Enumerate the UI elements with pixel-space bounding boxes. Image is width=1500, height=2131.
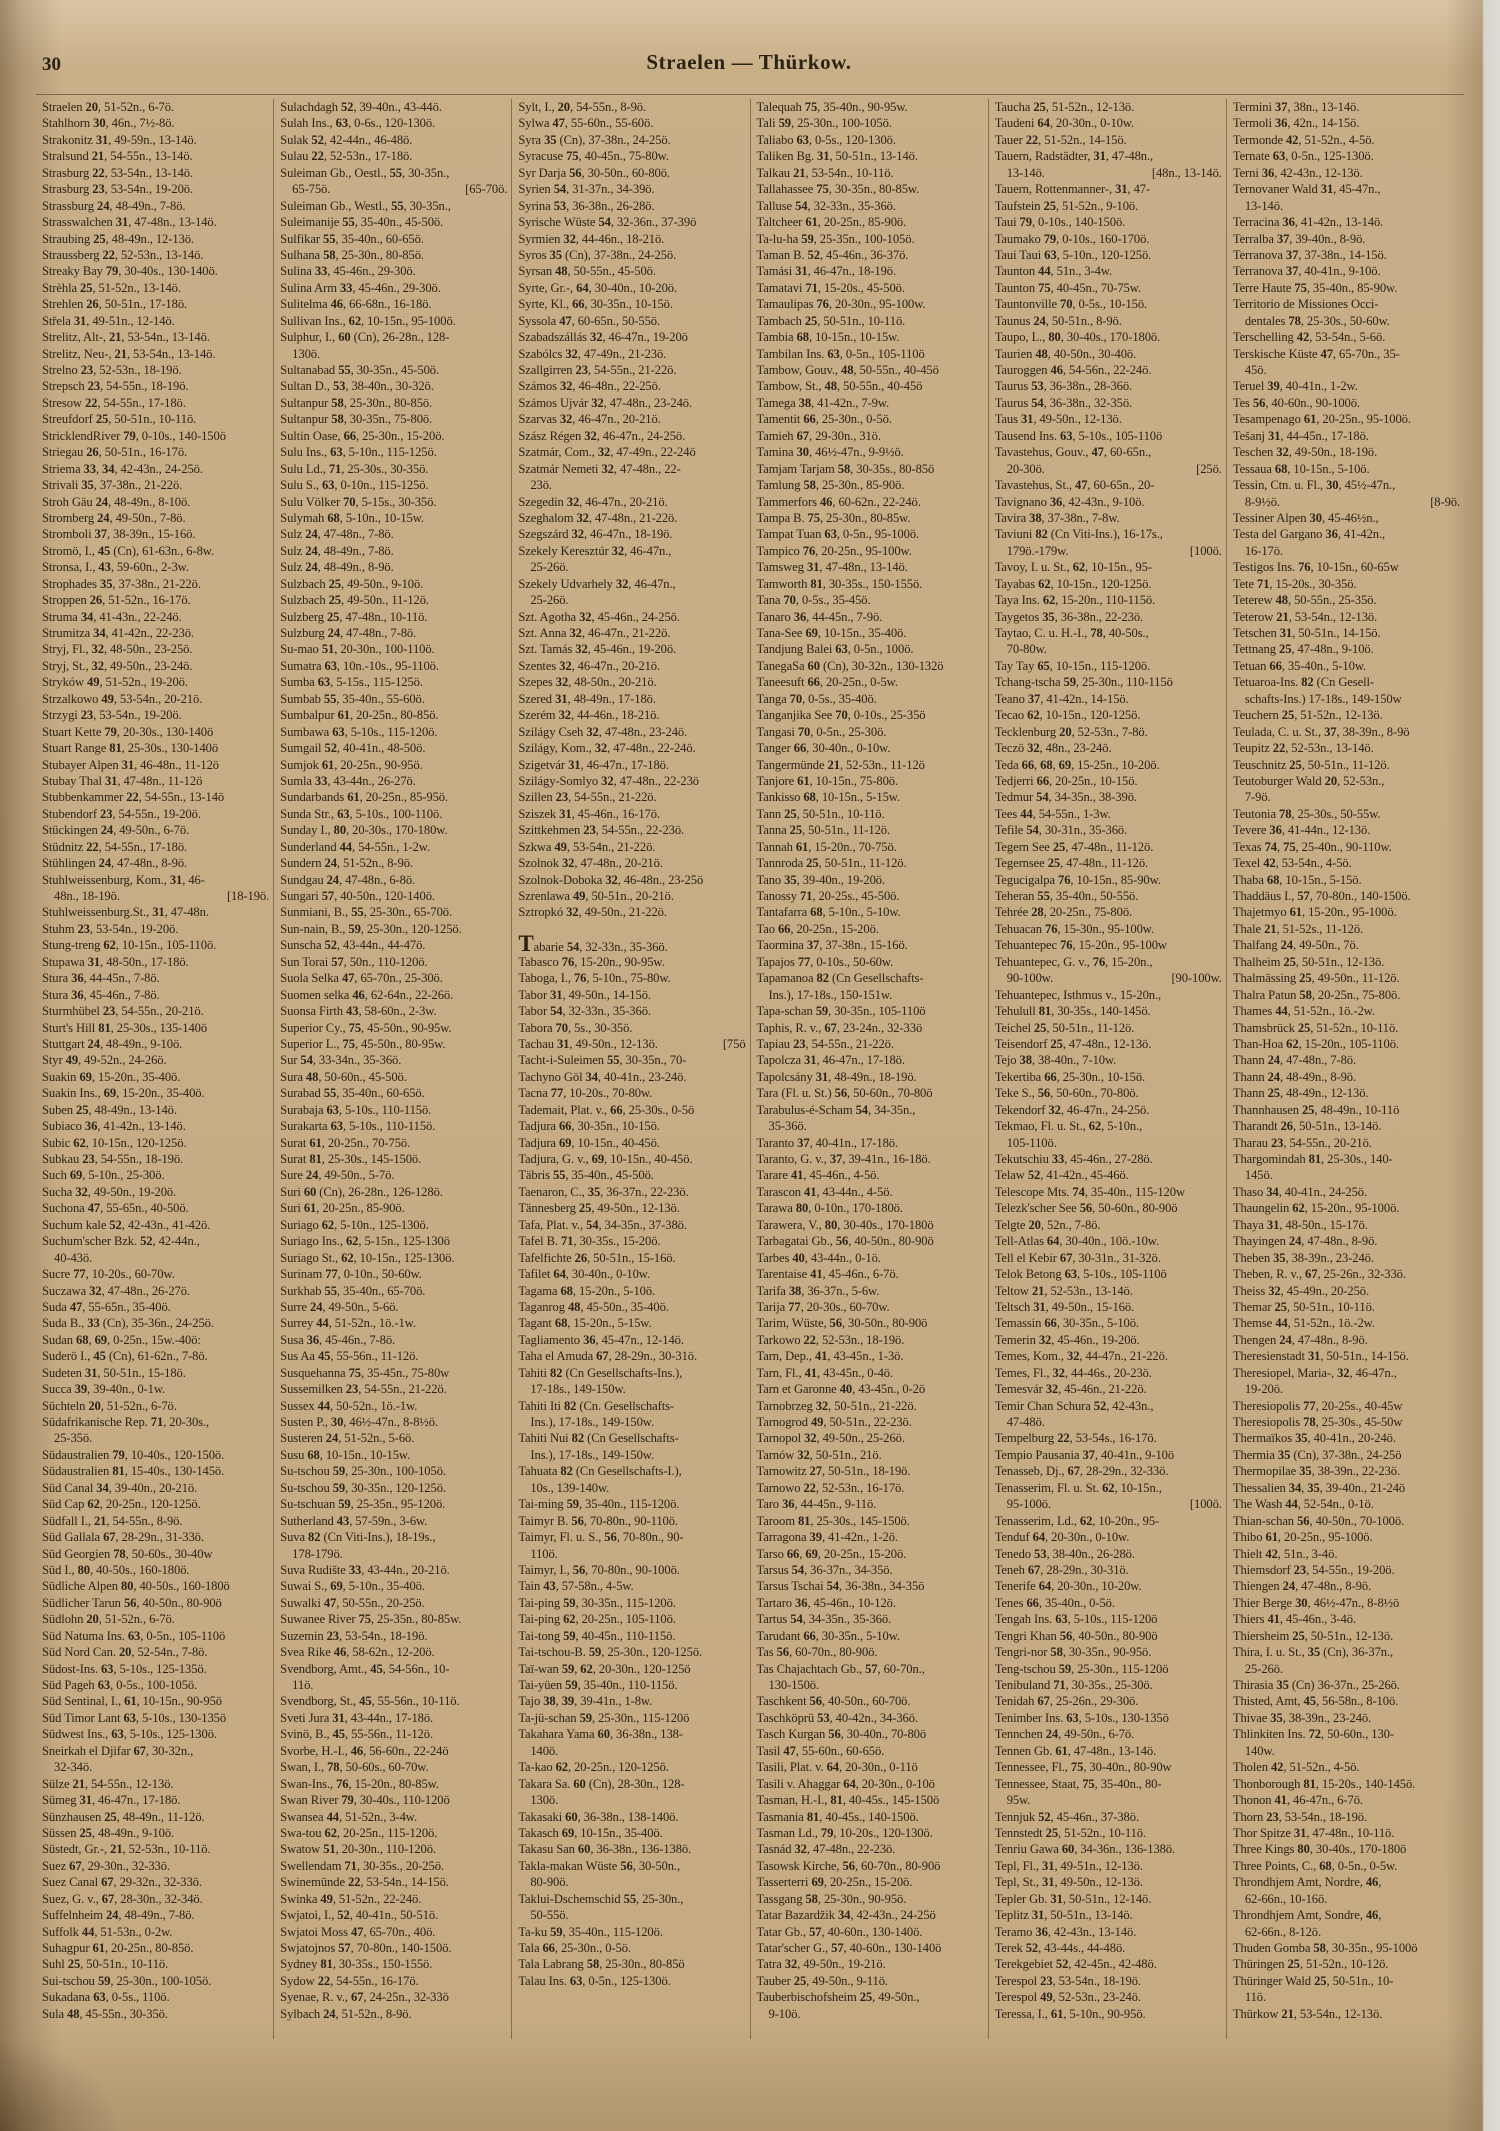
index-entry: Swan, I., 78, 50-60s., 60-70w. [280, 1759, 509, 1775]
index-entry: Stubayer Alpen 31, 46-48n., 11-12ö [42, 757, 271, 773]
index-entry: Thaddäus I., 57, 70-80n., 140-150ö. [1233, 888, 1462, 904]
index-entry: Takasaki 60, 36-38n., 138-140ö. [518, 1809, 747, 1825]
index-entry: Terekgebiet 52, 42-45n., 42-48ö. [995, 1956, 1224, 1972]
index-entry: Terek 52, 43-44s., 44-48ö. [995, 1940, 1224, 1956]
index-entry: Swansea 44, 51-52n., 3-4w. [280, 1809, 509, 1825]
index-entry: 8-9½ö. [8-9ö. [1233, 494, 1462, 510]
index-entry: Tampico 76, 20-25n., 95-100w. [757, 543, 986, 559]
index-entry: Taurus 53, 36-38n., 28-36ö. [995, 378, 1224, 394]
index-entry: 140w. [1233, 1743, 1462, 1759]
index-entry: Sulz 24, 48-49n., 7-8ö. [280, 543, 509, 559]
index-entry: Szt. Anna 32, 46-47n., 21-22ö. [518, 625, 747, 641]
index-entry: Sulu Völker 70, 5-15s., 30-35ö. [280, 494, 509, 510]
index-entry: 45ö. [1233, 362, 1462, 378]
index-entry: Suhagpur 61, 20-25n., 80-85ö. [42, 1940, 271, 1956]
index-entry: Tacht-i-Suleimen 55, 30-35n., 70- [518, 1052, 747, 1068]
index-entry: Teschen 32, 49-50n., 18-19ö. [1233, 444, 1462, 460]
index-entry: Sylbach 24, 51-52n., 8-9ö. [280, 2006, 509, 2022]
index-entry: Ta-ku 59, 35-40n., 115-120ö. [518, 1924, 747, 1940]
index-entry: Sungari 57, 40-50n., 120-140ö. [280, 888, 509, 904]
index-entry: Swjatoi, I., 52, 40-41n., 50-51ö. [280, 1907, 509, 1923]
index-entry: Sturmhübel 23, 54-55n., 20-21ö. [42, 1003, 271, 1019]
index-entry: Sulhana 58, 25-30n., 80-85ö. [280, 247, 509, 263]
index-entry: Suleiman Gb., Westl., 55, 30-35n., [280, 198, 509, 214]
index-entry: Strzalkowo 49, 53-54n., 20-21ö. [42, 691, 271, 707]
index-entry: Stückingen 24, 49-50n., 6-7ö. [42, 822, 271, 838]
index-entry: Südwest Ins., 63, 5-10s., 125-130ö. [42, 1726, 271, 1742]
index-entry: Thann 25, 48-49n., 12-13ö. [1233, 1085, 1462, 1101]
index-entry: Surabad 55, 35-40n., 60-65ö. [280, 1085, 509, 1101]
index-entry: Thirasia 35 (Cn) 36-37n., 25-26ö. [1233, 1677, 1462, 1693]
index-entry: Tessiner Alpen 30, 45-46½n., [1233, 510, 1462, 526]
index-entry: Szilágy Cseh 32, 47-48n., 23-24ö. [518, 724, 747, 740]
index-entry: Taranto, G. v., 37, 39-41n., 16-18ö. [757, 1151, 986, 1167]
index-entry: Taphis, R. v., 67, 23-24n., 32-33ö [757, 1020, 986, 1036]
index-entry: Sunderland 44, 54-55n., 1-2w. [280, 839, 509, 855]
index-entry: Tell el Kebir 67, 30-31n., 31-32ö. [995, 1250, 1224, 1266]
index-entry: Tala 66, 25-30n., 0-5ö. [518, 1940, 747, 1956]
index-entry: 179ö.-179w. [100ö. [995, 543, 1224, 559]
index-entry: Sulah Ins., 63, 0-6s., 120-130ö. [280, 115, 509, 131]
index-entry: Sus Aa 45, 55-56n., 11-12ö. [280, 1348, 509, 1364]
index-entry: Tenes 66, 35-40n., 0-5ö. [995, 1595, 1224, 1611]
index-entry: Tanossy 71, 20-25s., 45-50ö. [757, 888, 986, 904]
index-entry: 16-17ö. [1233, 543, 1462, 559]
index-entry: Strepsch 23, 54-55n., 18-19ö. [42, 378, 271, 394]
index-entry: 70-80w. [995, 641, 1224, 657]
index-entry: Tesampenago 61, 20-25n., 95-100ö. [1233, 411, 1462, 427]
index-entry: Tafel B. 71, 30-35s., 15-20ö. [518, 1233, 747, 1249]
index-columns: Straelen 20, 51-52n., 6-7ö.Stahlhorn 30,… [36, 94, 1464, 2039]
index-entry: Suleimanije 55, 35-40n., 45-50ö. [280, 214, 509, 230]
index-entry: Sulz 24, 47-48n., 7-8ö. [280, 526, 509, 542]
index-entry: Syrte, Kl., 66, 30-35n., 10-15ö. [518, 296, 747, 312]
index-entry: Sumbalpur 61, 20-25n., 80-85ö. [280, 707, 509, 723]
index-entry: Südliche Alpen 80, 40-50s., 160-180ö [42, 1578, 271, 1594]
index-entry: Teressa, I., 61, 5-10n., 90-95ö. [995, 2006, 1224, 2022]
index-entry: Taurus 54, 36-38n., 32-35ö. [995, 395, 1224, 411]
index-entry: Thermaïkos 35, 40-41n., 20-24ö. [1233, 1430, 1462, 1446]
index-entry: Taro 36, 44-45n., 9-11ö. [757, 1496, 986, 1512]
index-entry: Taui 79, 0-10s., 140-150ö. [995, 214, 1224, 230]
index-entry: Szatmár, Com., 32, 47-49n., 22-24ö [518, 444, 747, 460]
index-entry: Thüringer Wald 25, 50-51n., 10- [1233, 1973, 1462, 1989]
index-entry: Teano 37, 41-42n., 14-15ö. [995, 691, 1224, 707]
index-entry: Tennessee, Fl., 75, 30-40n., 80-90w [995, 1759, 1224, 1775]
index-entry: Talequah 75, 35-40n., 90-95w. [757, 99, 986, 115]
index-entry: Tennjuk 52, 45-46n., 37-38ö. [995, 1809, 1224, 1825]
index-entry: Tholen 42, 51-52n., 4-5ö. [1233, 1759, 1462, 1775]
index-entry: Sumgail 52, 40-41n., 48-50ö. [280, 740, 509, 756]
index-entry: Suri 60 (Cn), 26-28n., 126-128ö. [280, 1184, 509, 1200]
scanned-page: 30 Straelen — Thürkow. Straelen 20, 51-5… [0, 0, 1500, 2131]
index-entry: Tamjam Tarjam 58, 30-35s., 80-85ö [757, 461, 986, 477]
index-entry: Taupo, L., 80, 30-40s., 170-180ö. [995, 329, 1224, 345]
index-entry: Thargomindah 81, 25-30s., 140- [1233, 1151, 1462, 1167]
index-entry: Tasserterri 69, 20-25n., 15-20ö. [757, 1874, 986, 1890]
index-entry: Tempio Pausania 37, 40-41n., 9-10ö [995, 1447, 1224, 1463]
index-entry: Tahiti Nui 82 (Cn Gesellschafts- [518, 1430, 747, 1446]
index-entry: 65-75ö. [65-70ö. [280, 181, 509, 197]
index-entry: 80-90ö. [518, 1874, 747, 1890]
index-entry: Suva 82 (Cn Viti-Ins.), 18-19s., [280, 1529, 509, 1545]
index-entry: Teneh 67, 28-29n., 30-31ö. [995, 1562, 1224, 1578]
index-entry: Sussemilken 23, 54-55n., 21-22ö. [280, 1381, 509, 1397]
index-entry: Tenibuland 71, 30-35s., 25-30ö. [995, 1677, 1224, 1693]
index-entry: Taneesuft 66, 20-25n., 0-5w. [757, 674, 986, 690]
index-entry: Suez Canal 67, 29-32n., 32-33ö. [42, 1874, 271, 1890]
index-entry: Tauberbischofsheim 25, 49-50n., [757, 1989, 986, 2005]
index-entry: 95w. [995, 1792, 1224, 1808]
index-entry: Szegedin 32, 46-47n., 20-21ö. [518, 494, 747, 510]
index-entry: Sydney 81, 30-35s., 150-155ö. [280, 1956, 509, 1972]
index-entry: Tauroggen 46, 54-56n., 22-24ö. [995, 362, 1224, 378]
index-entry: Tauern, Rottenmanner-, 31, 47- [995, 181, 1224, 197]
index-entry: Strelno 23, 52-53n., 18-19ö. [42, 362, 271, 378]
index-entry: Tanger 66, 30-40n., 0-10w. [757, 740, 986, 756]
index-entry: Subiaco 36, 41-42n., 13-14ö. [42, 1118, 271, 1134]
index-entry: Tarnopol 32, 49-50n., 25-26ö. [757, 1430, 986, 1446]
index-entry: Tankisso 68, 10-15n., 5-15w. [757, 789, 986, 805]
index-entry: Tartus 54, 34-35n., 35-36ö. [757, 1611, 986, 1627]
index-entry: Tademait, Plat. v., 66, 25-30s., 0-5ö [518, 1102, 747, 1118]
index-entry: Strelitz, Neu-, 21, 53-54n., 13-14ö. [42, 346, 271, 362]
index-entry: Testigos Ins. 76, 10-15n., 60-65w [1233, 559, 1462, 575]
index-entry: Temes, Fl., 32, 44-46s., 20-23ö. [995, 1365, 1224, 1381]
index-entry: Tamaulipas 76, 20-30n., 95-100w. [757, 296, 986, 312]
index-entry: TanegaSa 60 (Cn), 30-32n., 130-132ö [757, 658, 986, 674]
index-entry: Texas 74, 75, 25-40n., 90-110w. [1233, 839, 1462, 855]
index-entry: Such 69, 5-10n., 25-30ö. [42, 1167, 271, 1183]
index-entry: 130-150ö. [757, 1677, 986, 1693]
index-entry: schafts-Ins.) 17-18s., 149-150w [1233, 691, 1462, 707]
index-entry: Strasswalchen 31, 47-48n., 13-14ö. [42, 214, 271, 230]
index-entry: Tayabas 62, 10-15n., 120-125ö. [995, 576, 1224, 592]
drop-cap: T [518, 931, 533, 956]
index-entry: Szász Régen 32, 46-47n., 24-25ö. [518, 428, 747, 444]
index-entry: Suakin Ins., 69, 15-20n., 35-40ö. [42, 1085, 271, 1101]
index-entry: Tain 43, 57-58n., 4-5w. [518, 1578, 747, 1594]
index-entry: Sundern 24, 51-52n., 8-9ö. [280, 855, 509, 871]
index-entry: Taliken Bg. 31, 50-51n., 13-14ö. [757, 148, 986, 164]
index-entry: Sula 48, 45-55n., 30-35ö. [42, 2006, 271, 2022]
index-entry: Strakonitz 31, 49-59n., 13-14ö. [42, 132, 271, 148]
index-entry: The Wash 44, 52-54n., 0-1ö. [1233, 1496, 1462, 1512]
index-entry: Tarnowo 22, 52-53n., 16-17ö. [757, 1480, 986, 1496]
index-entry: Sulzburg 24, 47-48n., 7-8ö. [280, 625, 509, 641]
index-entry: Theben 35, 38-39n., 23-24ö. [1233, 1250, 1462, 1266]
index-entry: Tepl, St., 31, 49-50n., 12-13ö. [995, 1874, 1224, 1890]
index-entry: Tapajos 77, 0-10s., 50-60w. [757, 954, 986, 970]
page-header: 30 Straelen — Thürkow. [38, 46, 1460, 86]
index-entry: Thibo 61, 20-25n., 95-100ö. [1233, 1529, 1462, 1545]
index-entry: Syssola 47, 60-65n., 50-55ö. [518, 313, 747, 329]
index-entry: Suez, G. v., 67, 28-30n., 32-34ö. [42, 1891, 271, 1907]
index-entry: Süd Timor Lant 63, 5-10s., 130-135ö [42, 1710, 271, 1726]
index-entry: 25-26ö. [518, 559, 747, 575]
index-entry: Suriago St., 62, 10-15n., 125-130ö. [280, 1250, 509, 1266]
index-entry: Tai-tschou-B. 59, 25-30n., 120-125ö. [518, 1644, 747, 1660]
index-entry: Testa del Gargano 36, 41-42n., [1233, 526, 1462, 542]
index-column-3: Sylt, I., 20, 54-55n., 8-9ö.Sylwa 47, 55… [511, 99, 749, 2039]
index-entry: Tadjura 66, 30-35n., 10-15ö. [518, 1118, 747, 1134]
index-entry: Sulina Arm 33, 45-46n., 29-30ö. [280, 280, 509, 296]
index-entry: Sunmiani, B., 55, 25-30n., 65-70ö. [280, 904, 509, 920]
index-entry: Sundgau 24, 47-48n., 6-8ö. [280, 872, 509, 888]
index-entry: Tas 56, 60-70n., 80-90ö. [757, 1644, 986, 1660]
index-entry: Tapamanoa 82 (Cn Gesellschafts- [757, 970, 986, 986]
index-entry: Sydow 22, 54-55n., 16-17ö. [280, 1973, 509, 1989]
index-entry: Tarso 66, 69, 20-25n., 15-20ö. [757, 1546, 986, 1562]
index-entry: Telescope Mts. 74, 35-40n., 115-120w [995, 1184, 1224, 1200]
index-entry: Tarbagatai Gb., 56, 40-50n., 80-90ö [757, 1233, 986, 1249]
index-entry: Thermia 35 (Cn), 37-38n., 24-25ö [1233, 1447, 1462, 1463]
index-entry: Szentes 32, 46-47n., 20-21ö. [518, 658, 747, 674]
index-entry: Suri 61, 20-25n., 85-90ö. [280, 1200, 509, 1216]
index-entry: Tarija 77, 20-30s., 60-70w. [757, 1299, 986, 1315]
index-entry: Theresiopolis 77, 20-25s., 40-45w [1233, 1398, 1462, 1414]
index-entry: Tamsweg 31, 47-48n., 13-14ö. [757, 559, 986, 575]
index-entry: Sutherland 43, 57-59n., 3-6w. [280, 1513, 509, 1529]
index-entry: Tenerife 64, 20-30n., 10-20w. [995, 1578, 1224, 1594]
index-entry: Sumbawa 63, 5-10s., 115-120ö. [280, 724, 509, 740]
index-entry: 23ö. [518, 477, 747, 493]
index-entry: Taormina 37, 37-38n., 15-16ö. [757, 937, 986, 953]
index-entry: Strzygi 23, 53-54n., 19-20ö. [42, 707, 271, 723]
index-entry: 25-26ö. [518, 592, 747, 608]
index-entry: Terespol 49, 52-53n., 23-24ö. [995, 1989, 1224, 2005]
index-entry: Sultanpur 58, 30-35n., 75-80ö. [280, 411, 509, 427]
index-entry: Tammerfors 46, 60-62n., 22-24ö. [757, 494, 986, 510]
index-entry: Thalmässing 25, 49-50n., 11-12ö. [1233, 970, 1462, 986]
index-entry: Taucha 25, 51-52n., 12-13ö. [995, 99, 1224, 115]
index-entry: Telezk'scher See 56, 50-60n., 80-90ö [995, 1200, 1224, 1216]
index-entry: Tangermünde 21, 52-53n., 11-12ö [757, 757, 986, 773]
index-entry: Tepl, Fl., 31, 49-51n., 12-13ö. [995, 1858, 1224, 1874]
index-entry: Streufdorf 25, 50-51n., 10-11ö. [42, 411, 271, 427]
index-entry: Syracuse 75, 40-45n., 75-80w. [518, 148, 747, 164]
index-entry: Taroom 81, 25-30s., 145-150ö. [757, 1513, 986, 1529]
index-entry: Sulphur, I., 60 (Cn), 26-28n., 128- [280, 329, 509, 345]
index-entry: Stuttgart 24, 48-49n., 9-10ö. [42, 1036, 271, 1052]
index-entry: Susquehanna 75, 35-45n., 75-80w [280, 1365, 509, 1381]
index-entry: Tettnang 25, 47-48n., 9-10ö. [1233, 641, 1462, 657]
index-entry: Struma 34, 41-43n., 22-24ö. [42, 609, 271, 625]
index-entry [518, 921, 747, 937]
index-entry: Tekutschiu 33, 45-46n., 27-28ö. [995, 1151, 1224, 1167]
index-entry: Taya Ins. 62, 15-20n., 110-115ö. [995, 592, 1224, 608]
index-entry: Sümeg 31, 46-47n., 17-18ö. [42, 1792, 271, 1808]
index-entry: Tehulull 81, 30-35s., 140-145ö. [995, 1003, 1224, 1019]
index-entry: Tehrée 28, 20-25n., 75-80ö. [995, 904, 1224, 920]
index-entry: Szilágy, Kom., 32, 47-48n., 22-24ö. [518, 740, 747, 756]
index-entry: Thiemsdorf 23, 54-55n., 19-20ö. [1233, 1562, 1462, 1578]
index-column-2: Sulachdagh 52, 39-40n., 43-44ö.Sulah Ins… [273, 99, 511, 2039]
index-entry: Tarentaise 41, 45-46n., 6-7ö. [757, 1266, 986, 1282]
index-entry: 62-66n., 10-16ö. [1233, 1891, 1462, 1907]
index-entry: Taranto 37, 40-41n., 17-18ö. [757, 1135, 986, 1151]
index-entry: Taunton 44, 51n., 3-4w. [995, 263, 1224, 279]
index-entry: Strelitz, Alt-, 21, 53-54n., 13-14ö. [42, 329, 271, 345]
index-entry: Ins.), 17-18s., 149-150w. [518, 1414, 747, 1430]
index-entry: Tapiau 23, 54-55n., 21-22ö. [757, 1036, 986, 1052]
index-entry: Tengri Khan 56, 40-50n., 80-90ö [995, 1628, 1224, 1644]
index-entry: Teuschnitz 25, 50-51n., 11-12ö. [1233, 757, 1462, 773]
index-entry: Tandjung Balei 63, 0-5n., 100ö. [757, 641, 986, 657]
index-entry: Tarnów 32, 50-51n., 21ö. [757, 1447, 986, 1463]
index-entry: Teczö 32, 48n., 23-24ö. [995, 740, 1224, 756]
index-entry: Thalra Patun 58, 20-25n., 75-80ö. [1233, 987, 1462, 1003]
index-entry: Tamega 38, 41-42n., 7-9w. [757, 395, 986, 411]
index-entry: Tafelfichte 26, 50-51n., 15-16ö. [518, 1250, 747, 1266]
index-entry: 35-36ö. [757, 1118, 986, 1134]
index-entry: Surabaja 63, 5-10s., 110-115ö. [280, 1102, 509, 1118]
index-entry: Tambia 68, 10-15n., 10-15w. [757, 329, 986, 345]
index-entry: Szigetvár 31, 46-47n., 17-18ö. [518, 757, 747, 773]
index-entry: 13-14ö. [48n., 13-14ö. [995, 165, 1224, 181]
index-entry: Sure 24, 49-50n., 5-7ö. [280, 1167, 509, 1183]
index-entry: Tees 44, 54-55n., 1-3w. [995, 806, 1224, 822]
index-entry: Strassburg 24, 48-49n., 7-8ö. [42, 198, 271, 214]
index-entry: Theiss 32, 45-49n., 20-25ö. [1233, 1283, 1462, 1299]
index-entry: Styr 49, 49-52n., 24-26ö. [42, 1052, 271, 1068]
index-entry: Sulymah 68, 5-10n., 10-15w. [280, 510, 509, 526]
index-entry: Tahuata 82 (Cn Gesellschafts-I.), [518, 1463, 747, 1479]
index-entry: Szepes 32, 48-50n., 20-21ö. [518, 674, 747, 690]
index-entry: Sultin Oase, 66, 25-30n., 15-20ö. [280, 428, 509, 444]
index-entry: Taliabo 63, 0-5s., 120-130ö. [757, 132, 986, 148]
index-entry: Szatmár Nemeti 32, 47-48n., 22- [518, 461, 747, 477]
index-entry: Szolnok-Doboka 32, 46-48n., 23-25ö [518, 872, 747, 888]
index-entry: Termini 37, 38n., 13-14ö. [1233, 99, 1462, 115]
index-entry: Südlicher Tarun 56, 40-50n., 80-90ö [42, 1595, 271, 1611]
index-entry: Teplitz 31, 50-51n., 13-14ö. [995, 1907, 1224, 1923]
index-entry: Sveti Jura 31, 43-44n., 17-18ö. [280, 1710, 509, 1726]
index-entry: Sun-nain, B., 59, 25-30n., 120-125ö. [280, 921, 509, 937]
index-entry: Tarabulus-é-Scham 54, 34-35n., [757, 1102, 986, 1118]
index-entry: Sulu S., 63, 0-10n., 115-125ö. [280, 477, 509, 493]
index-entry: Tamatavi 71, 15-20s., 45-50ö. [757, 280, 986, 296]
index-entry: Tarim, Wüste, 56, 30-50n., 80-90ö [757, 1315, 986, 1331]
index-entry: Tarifa 38, 36-37n., 5-6w. [757, 1283, 986, 1299]
index-entry: 9-10ö. [757, 2006, 986, 2022]
index-entry: Thayingen 24, 47-48n., 8-9ö. [1233, 1233, 1462, 1249]
index-entry: Temir Chan Schura 52, 42-43n., [995, 1398, 1224, 1414]
index-entry: 145ö. [1233, 1167, 1462, 1183]
index-entry: Superior L., 75, 45-50n., 80-95w. [280, 1036, 509, 1052]
index-entry: Tambach 25, 50-51n., 10-11ö. [757, 313, 986, 329]
index-entry: Ins.), 17-18s., 150-151w. [757, 987, 986, 1003]
index-entry: Thannhausen 25, 48-49n., 10-11ö [1233, 1102, 1462, 1118]
index-entry: 25-35ö. [42, 1430, 271, 1446]
index-entry: Tennstedt 25, 51-52n., 10-11ö. [995, 1825, 1224, 1841]
index-entry: Tanganjika See 70, 0-10s., 25-35ö [757, 707, 986, 723]
index-entry: Südost-Ins. 63, 5-10s., 125-135ö. [42, 1661, 271, 1677]
index-entry: Tauber 25, 49-50n., 9-11ö. [757, 1973, 986, 1989]
index-entry: Tenasseb, Dj., 67, 28-29n., 32-33ö. [995, 1463, 1224, 1479]
index-entry: Suva Rudište 33, 43-44n., 20-21ö. [280, 1562, 509, 1578]
index-entry: Szittkehmen 23, 54-55n., 22-23ö. [518, 822, 747, 838]
index-entry: Sui-tschou 59, 25-30n., 100-105ö. [42, 1973, 271, 1989]
index-entry: Thalfang 24, 49-50n., 7ö. [1233, 937, 1462, 953]
index-entry: Tete 71, 15-20s., 30-35ö. [1233, 576, 1462, 592]
index-entry: 11ö. [280, 1677, 509, 1693]
index-entry: Stuhlweissenburg.St., 31, 47-48n. [42, 904, 271, 920]
index-entry: Süd Canal 34, 39-40n., 20-21ö. [42, 1480, 271, 1496]
index-entry: Teupitz 22, 52-53n., 13-14ö. [1233, 740, 1462, 756]
index-entry: Taufstein 25, 51-52n., 9-10ö. [995, 198, 1224, 214]
index-entry: Strehlen 26, 50-51n., 17-18ö. [42, 296, 271, 312]
index-entry: Thisted, Amt, 45, 56-58n., 8-10ö. [1233, 1693, 1462, 1709]
index-entry: Sun Torai 57, 50n., 110-120ö. [280, 954, 509, 970]
index-entry: Tegernsee 25, 47-48n., 11-12ö. [995, 855, 1224, 871]
index-entry: Tausend Ins. 63, 5-10s., 105-110ö [995, 428, 1224, 444]
index-entry: Syrsan 48, 50-55n., 45-50ö. [518, 263, 747, 279]
index-entry: Stryj, St., 32, 49-50n., 23-24ö. [42, 658, 271, 674]
index-entry: Taschkent 56, 40-50n., 60-70ö. [757, 1693, 986, 1709]
index-entry: 130ö. [518, 1792, 747, 1808]
index-entry: Taunton 75, 40-45n., 70-75w. [995, 280, 1224, 296]
index-entry: 110ö. [518, 1546, 747, 1562]
index-entry: Takasch 69, 10-15n., 35-40ö. [518, 1825, 747, 1841]
index-entry: Stubbenkammer 22, 54-55n., 13-14ö [42, 789, 271, 805]
index-entry: Tedjerri 66, 20-25n., 10-15ö. [995, 773, 1224, 789]
index-entry: Tano 35, 39-40n., 19-20ö. [757, 872, 986, 888]
index-entry: Tauern, Radstädter, 31, 47-48n., [995, 148, 1224, 164]
index-entry: Tes 56, 40-60n., 90-100ö. [1233, 395, 1462, 411]
index-entry: Swinka 49, 51-52n., 22-24ö. [280, 1891, 509, 1907]
index-entry: Sundarbands 61, 20-25n., 85-95ö. [280, 789, 509, 805]
index-entry: Sulzberg 25, 47-48n., 10-11ö. [280, 609, 509, 625]
index-entry: Ta-lu-ha 59, 25-35n., 100-105ö. [757, 231, 986, 247]
index-entry: Themse 44, 51-52n., 1ö.-2w. [1233, 1315, 1462, 1331]
index-entry: Syrte, Gr.-, 64, 30-40n., 10-20ö. [518, 280, 747, 296]
index-entry: Sumbab 55, 35-40n., 55-60ö. [280, 691, 509, 707]
index-entry: Terralba 37, 39-40n., 8-9ö. [1233, 231, 1462, 247]
index-entry: Teramo 36, 42-43n., 13-14ö. [995, 1924, 1224, 1940]
index-entry: Tarnowitz 27, 50-51n., 18-19ö. [757, 1463, 986, 1479]
index-entry: Thamsbrück 25, 51-52n., 10-11ö. [1233, 1020, 1462, 1036]
index-entry: Sumatra 63, 10n.-10s., 95-110ö. [280, 658, 509, 674]
index-entry: Terskische Küste 47, 65-70n., 35- [1233, 346, 1462, 362]
index-entry: Tafa, Plat. v., 54, 34-35n., 37-38ö. [518, 1217, 747, 1233]
index-entry: Terranova 37, 37-38n., 14-15ö. [1233, 247, 1462, 263]
index-entry: Swatow 51, 20-30n., 110-120ö. [280, 1841, 509, 1857]
index-column-4: Talequah 75, 35-40n., 90-95w.Tali 59, 25… [750, 99, 988, 2039]
index-entry: Temes, Kom., 32, 44-47n., 21-22ö. [995, 1348, 1224, 1364]
index-column-5: Taucha 25, 51-52n., 12-13ö.Taudeni 64, 2… [988, 99, 1226, 2039]
index-entry: Terespol 23, 53-54n., 18-19ö. [995, 1973, 1224, 1989]
index-entry: Telgte 20, 52n., 7-8ö. [995, 1217, 1224, 1233]
index-entry: Tefile 54, 30-31n., 35-36ö. [995, 822, 1224, 838]
index-entry: Thivae 35, 38-39n., 23-24ö. [1233, 1710, 1462, 1726]
index-entry: 25-26ö. [1233, 1661, 1462, 1677]
index-entry: Tagama 68, 15-20n., 5-10ö. [518, 1283, 747, 1299]
index-entry: Tana 70, 0-5s., 35-45ö. [757, 592, 986, 608]
index-entry: Tana-See 69, 10-15n., 35-40ö. [757, 625, 986, 641]
index-entry: Stuart Range 81, 25-30s., 130-140ö [42, 740, 271, 756]
index-entry: Thüringen 25, 51-52n., 10-12ö. [1233, 1956, 1462, 1972]
index-entry: Tarn, Fl., 41, 43-45n., 0-4ö. [757, 1365, 986, 1381]
index-entry: Su-tschou 59, 30-35n., 120-125ö. [280, 1480, 509, 1496]
index-entry: Taimyr, Fl. u. S., 56, 70-80n., 90- [518, 1529, 747, 1545]
index-entry: Szabólcs 32, 47-49n., 21-23ö. [518, 346, 747, 362]
index-entry: Tekendorf 32, 46-47n., 24-25ö. [995, 1102, 1224, 1118]
index-entry: Subic 62, 10-15n., 120-125ö. [42, 1135, 271, 1151]
index-entry: Sussex 44, 50-52n., 1ö.-1w. [280, 1398, 509, 1414]
index-entry: Sturt's Hill 81, 25-30s., 135-140ö [42, 1020, 271, 1036]
index-entry: Tapolcza 31, 46-47n., 17-18ö. [757, 1052, 986, 1068]
